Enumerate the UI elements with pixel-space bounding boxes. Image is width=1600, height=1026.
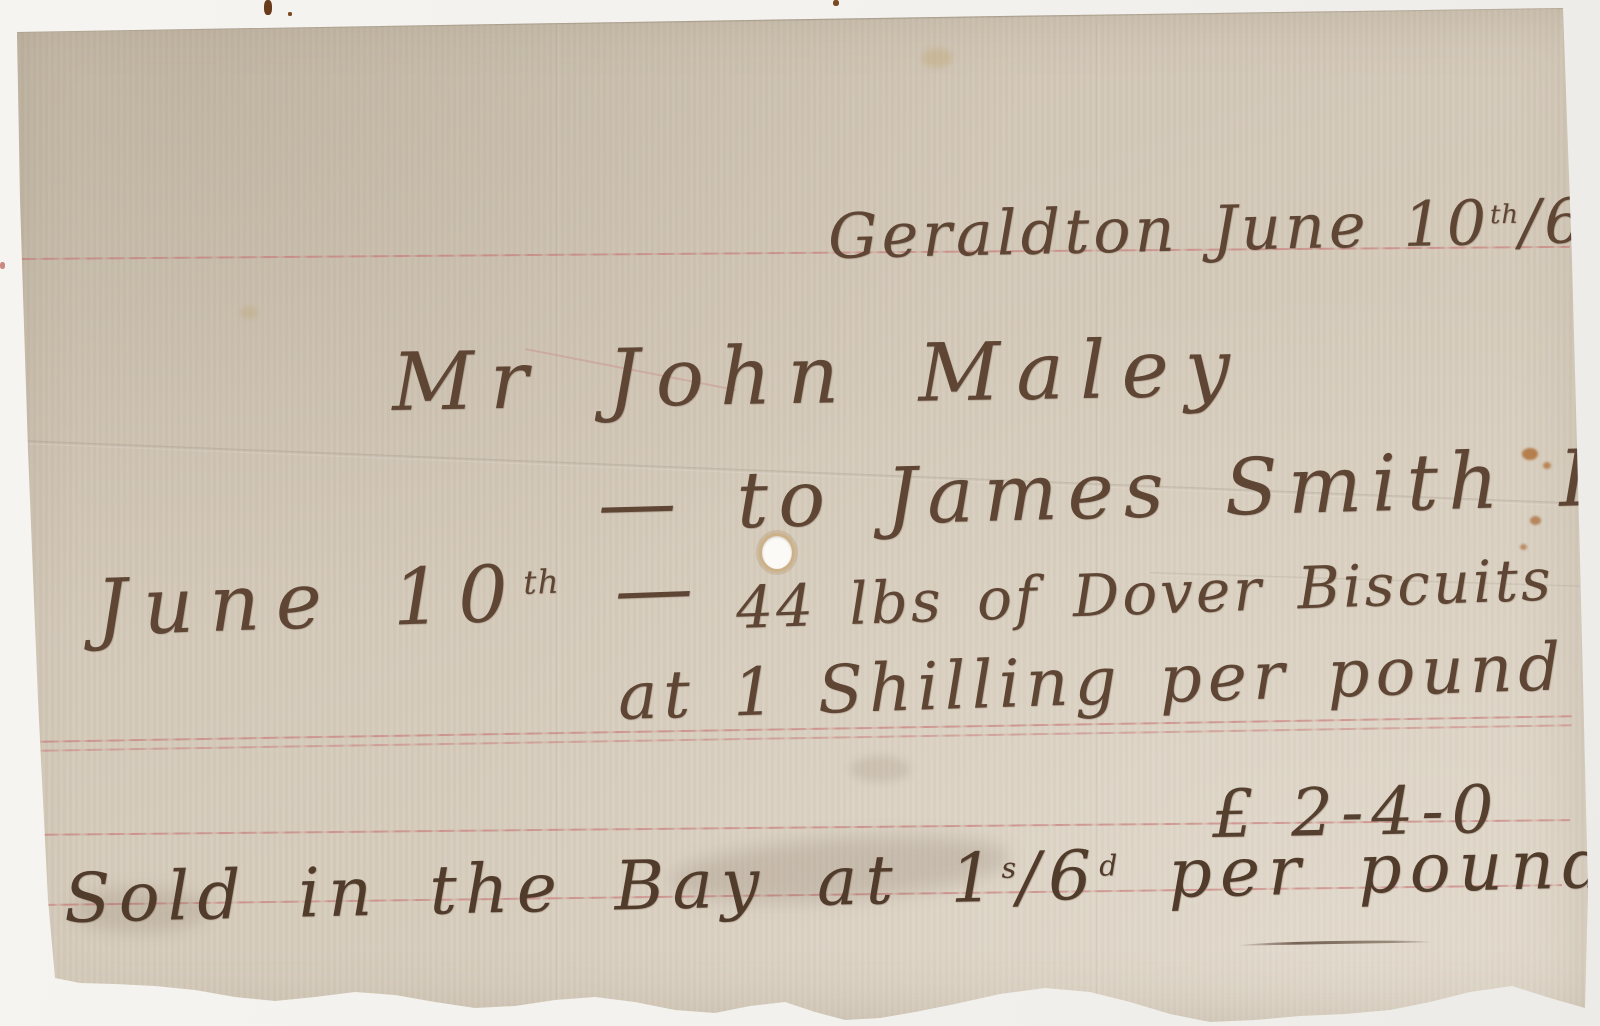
entry-date-dash: — xyxy=(558,543,710,638)
dateline-place-date: Geraldton June 10th/67 xyxy=(827,183,1600,273)
footnote-fraction: /6 xyxy=(1016,837,1100,918)
footnote-text: Sold in the Bay at 1 xyxy=(63,839,1002,939)
debit-to-line: — to James Smith Dr xyxy=(597,433,1600,550)
debris-speck xyxy=(288,12,292,16)
dateline-year: /67 xyxy=(1519,183,1600,258)
dateline-ordinal-suffix: th xyxy=(1490,200,1520,231)
entry-date-text: June 10 xyxy=(94,549,525,654)
debris-speck xyxy=(833,0,839,6)
punch-hole xyxy=(762,536,792,569)
dateline-text: Geraldton June 10 xyxy=(827,186,1491,273)
footnote-shilling-superscript: s xyxy=(1001,851,1017,885)
ink-smudge xyxy=(850,756,910,782)
paper-top-edge xyxy=(18,6,1566,33)
entry-item-line: 44 lbs of Dover Biscuits xyxy=(735,545,1555,642)
underline-flourish xyxy=(1240,939,1430,945)
scan-background: Geraldton June 10th/67 Mr John Maley — t… xyxy=(0,0,1600,1026)
document-paper: Geraldton June 10th/67 Mr John Maley — t… xyxy=(0,0,1600,1026)
footnote-tail: per pound 1 xyxy=(1118,823,1600,916)
entry-date-ordinal-suffix: th xyxy=(523,563,561,602)
entry-date-line: June 10th — xyxy=(94,543,710,654)
age-stain xyxy=(922,48,952,68)
debris-speck xyxy=(0,262,5,269)
debit-text: — to James Smith D xyxy=(597,433,1600,550)
debris-speck xyxy=(264,0,272,15)
addressee-line: Mr John Maley xyxy=(391,321,1247,429)
age-stain xyxy=(240,306,258,319)
footnote-pence-superscript: d xyxy=(1099,848,1119,882)
